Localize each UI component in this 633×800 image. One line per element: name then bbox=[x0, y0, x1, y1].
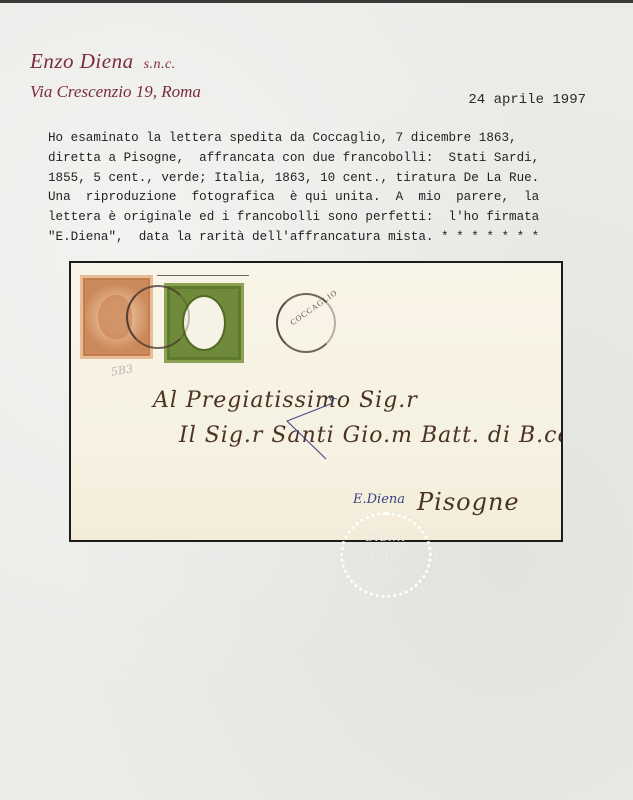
pencil-note: 5B3 bbox=[110, 362, 134, 379]
cover-photograph: COCCAGLIO 5B3 Al Pregiatissimo Sig.r Il … bbox=[69, 261, 563, 542]
firm-suffix: s.n.c. bbox=[144, 57, 176, 72]
certificate-line: "E.Diena", data la rarità dell'affrancat… bbox=[48, 228, 596, 248]
certificate-line: 1855, 5 cent., verde; Italia, 1863, 10 c… bbox=[48, 169, 596, 189]
letterhead: Enzo Dienas.n.c. Via Crescenzio 19, Roma bbox=[30, 48, 201, 104]
firm-name: Enzo Diena bbox=[30, 49, 134, 73]
address-line-3: Pisogne bbox=[417, 488, 520, 516]
firm-name-line: Enzo Dienas.n.c. bbox=[30, 48, 201, 78]
expert-pencil-signature: E.Diena bbox=[353, 492, 405, 507]
certificate-line: Una riproduzione fotografica è qui unita… bbox=[48, 188, 596, 208]
firm-address: Via Crescenzio 19, Roma bbox=[30, 80, 201, 104]
diena-emboss-seal: DIENA ROMA bbox=[340, 512, 432, 598]
emboss-seal-city: ROMA bbox=[343, 553, 429, 562]
certificate-date: 24 aprile 1997 bbox=[468, 92, 586, 108]
certificate-line: lettera è originale ed i francobolli son… bbox=[48, 208, 596, 228]
address-line-2: Il Sig.r Santi Gio.m Batt. di B.co bbox=[179, 423, 563, 448]
postmark-text: COCCAGLIO bbox=[288, 288, 339, 327]
address-line-1: Al Pregiatissimo Sig.r bbox=[153, 388, 418, 413]
certificate-body: Ho esaminato la lettera spedita da Cocca… bbox=[48, 129, 596, 248]
certificate-line: Ho esaminato la lettera spedita da Cocca… bbox=[48, 129, 596, 149]
sheet-margin-line bbox=[157, 275, 249, 276]
postmark-coccaglio: COCCAGLIO bbox=[276, 293, 336, 353]
emboss-seal-name: DIENA bbox=[343, 533, 429, 544]
postmark-on-stamps bbox=[126, 285, 190, 349]
certificate-line: diretta a Pisogne, affrancata con due fr… bbox=[48, 149, 596, 169]
embossed-oval-icon bbox=[184, 297, 224, 349]
